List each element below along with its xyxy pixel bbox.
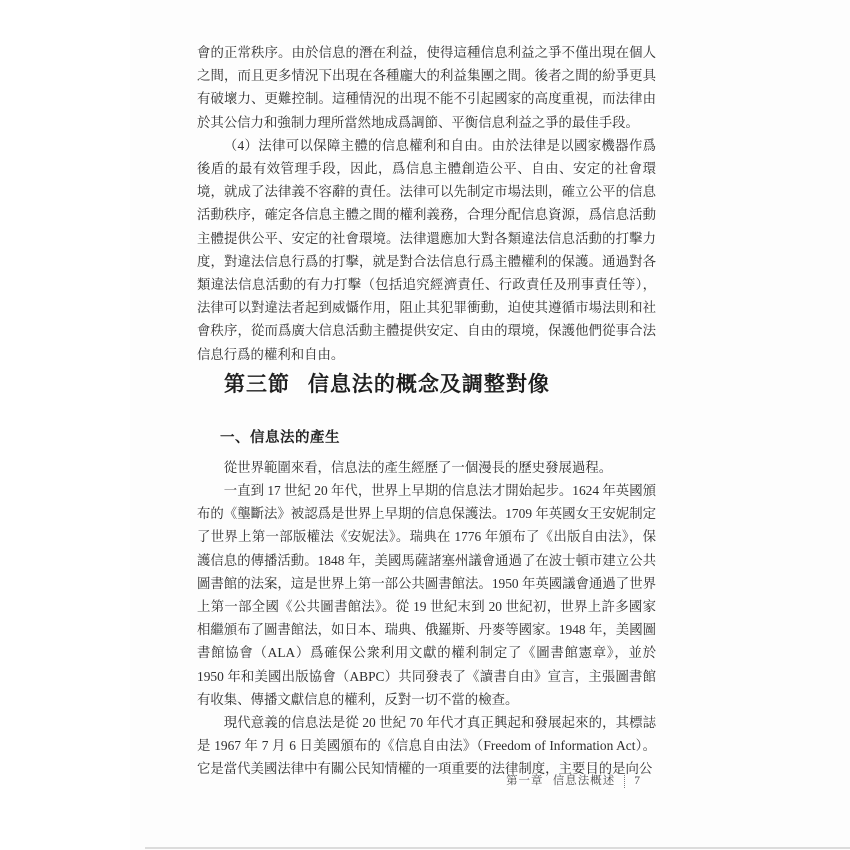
body-paragraph-point-4: （4）法律可以保障主體的信息權利和自由。由於法律是以國家機器作爲後盾的最有效管理… [197, 134, 656, 366]
section-heading: 第三節信息法的概念及調整對像 [197, 371, 656, 398]
footer-page-number: 7 [634, 775, 640, 787]
section-title: 信息法的概念及調整對像 [308, 372, 550, 396]
footer-dotted-separator-icon [624, 773, 625, 788]
footer-chapter-title: 信息法概述 [553, 775, 616, 787]
book-page: 會的正常秩序。由於信息的潛在利益，使得這種信息利益之爭不僅出現在個人之間，而且更… [0, 0, 850, 850]
subsection-body: 從世界範圍來看，信息法的產生經歷了一個漫長的歷史發展過程。 一直到 17 世紀 … [197, 456, 656, 781]
page-footer: 第一章信息法概述7 [197, 773, 640, 789]
scan-bottom-edge [145, 847, 850, 849]
body-paragraph: 一直到 17 世紀 20 年代，世界上早期的信息法才開始起步。1624 年英國頒… [197, 479, 656, 711]
text-column: 會的正常秩序。由於信息的潛在利益，使得這種信息利益之爭不僅出現在個人之間，而且更… [197, 41, 656, 781]
body-paragraph: 從世界範圍來看，信息法的產生經歷了一個漫長的歷史發展過程。 [197, 456, 656, 479]
footer-chapter-label: 第一章 [506, 775, 544, 787]
section-number: 第三節 [224, 372, 290, 396]
body-paragraph-continuation: 會的正常秩序。由於信息的潛在利益，使得這種信息利益之爭不僅出現在個人之間，而且更… [197, 41, 656, 134]
body-paragraph: 現代意義的信息法是從 20 世紀 70 年代才真正興起和發展起來的，其標誌是 1… [197, 711, 656, 781]
subsection-heading: 一、信息法的產生 [197, 428, 656, 448]
